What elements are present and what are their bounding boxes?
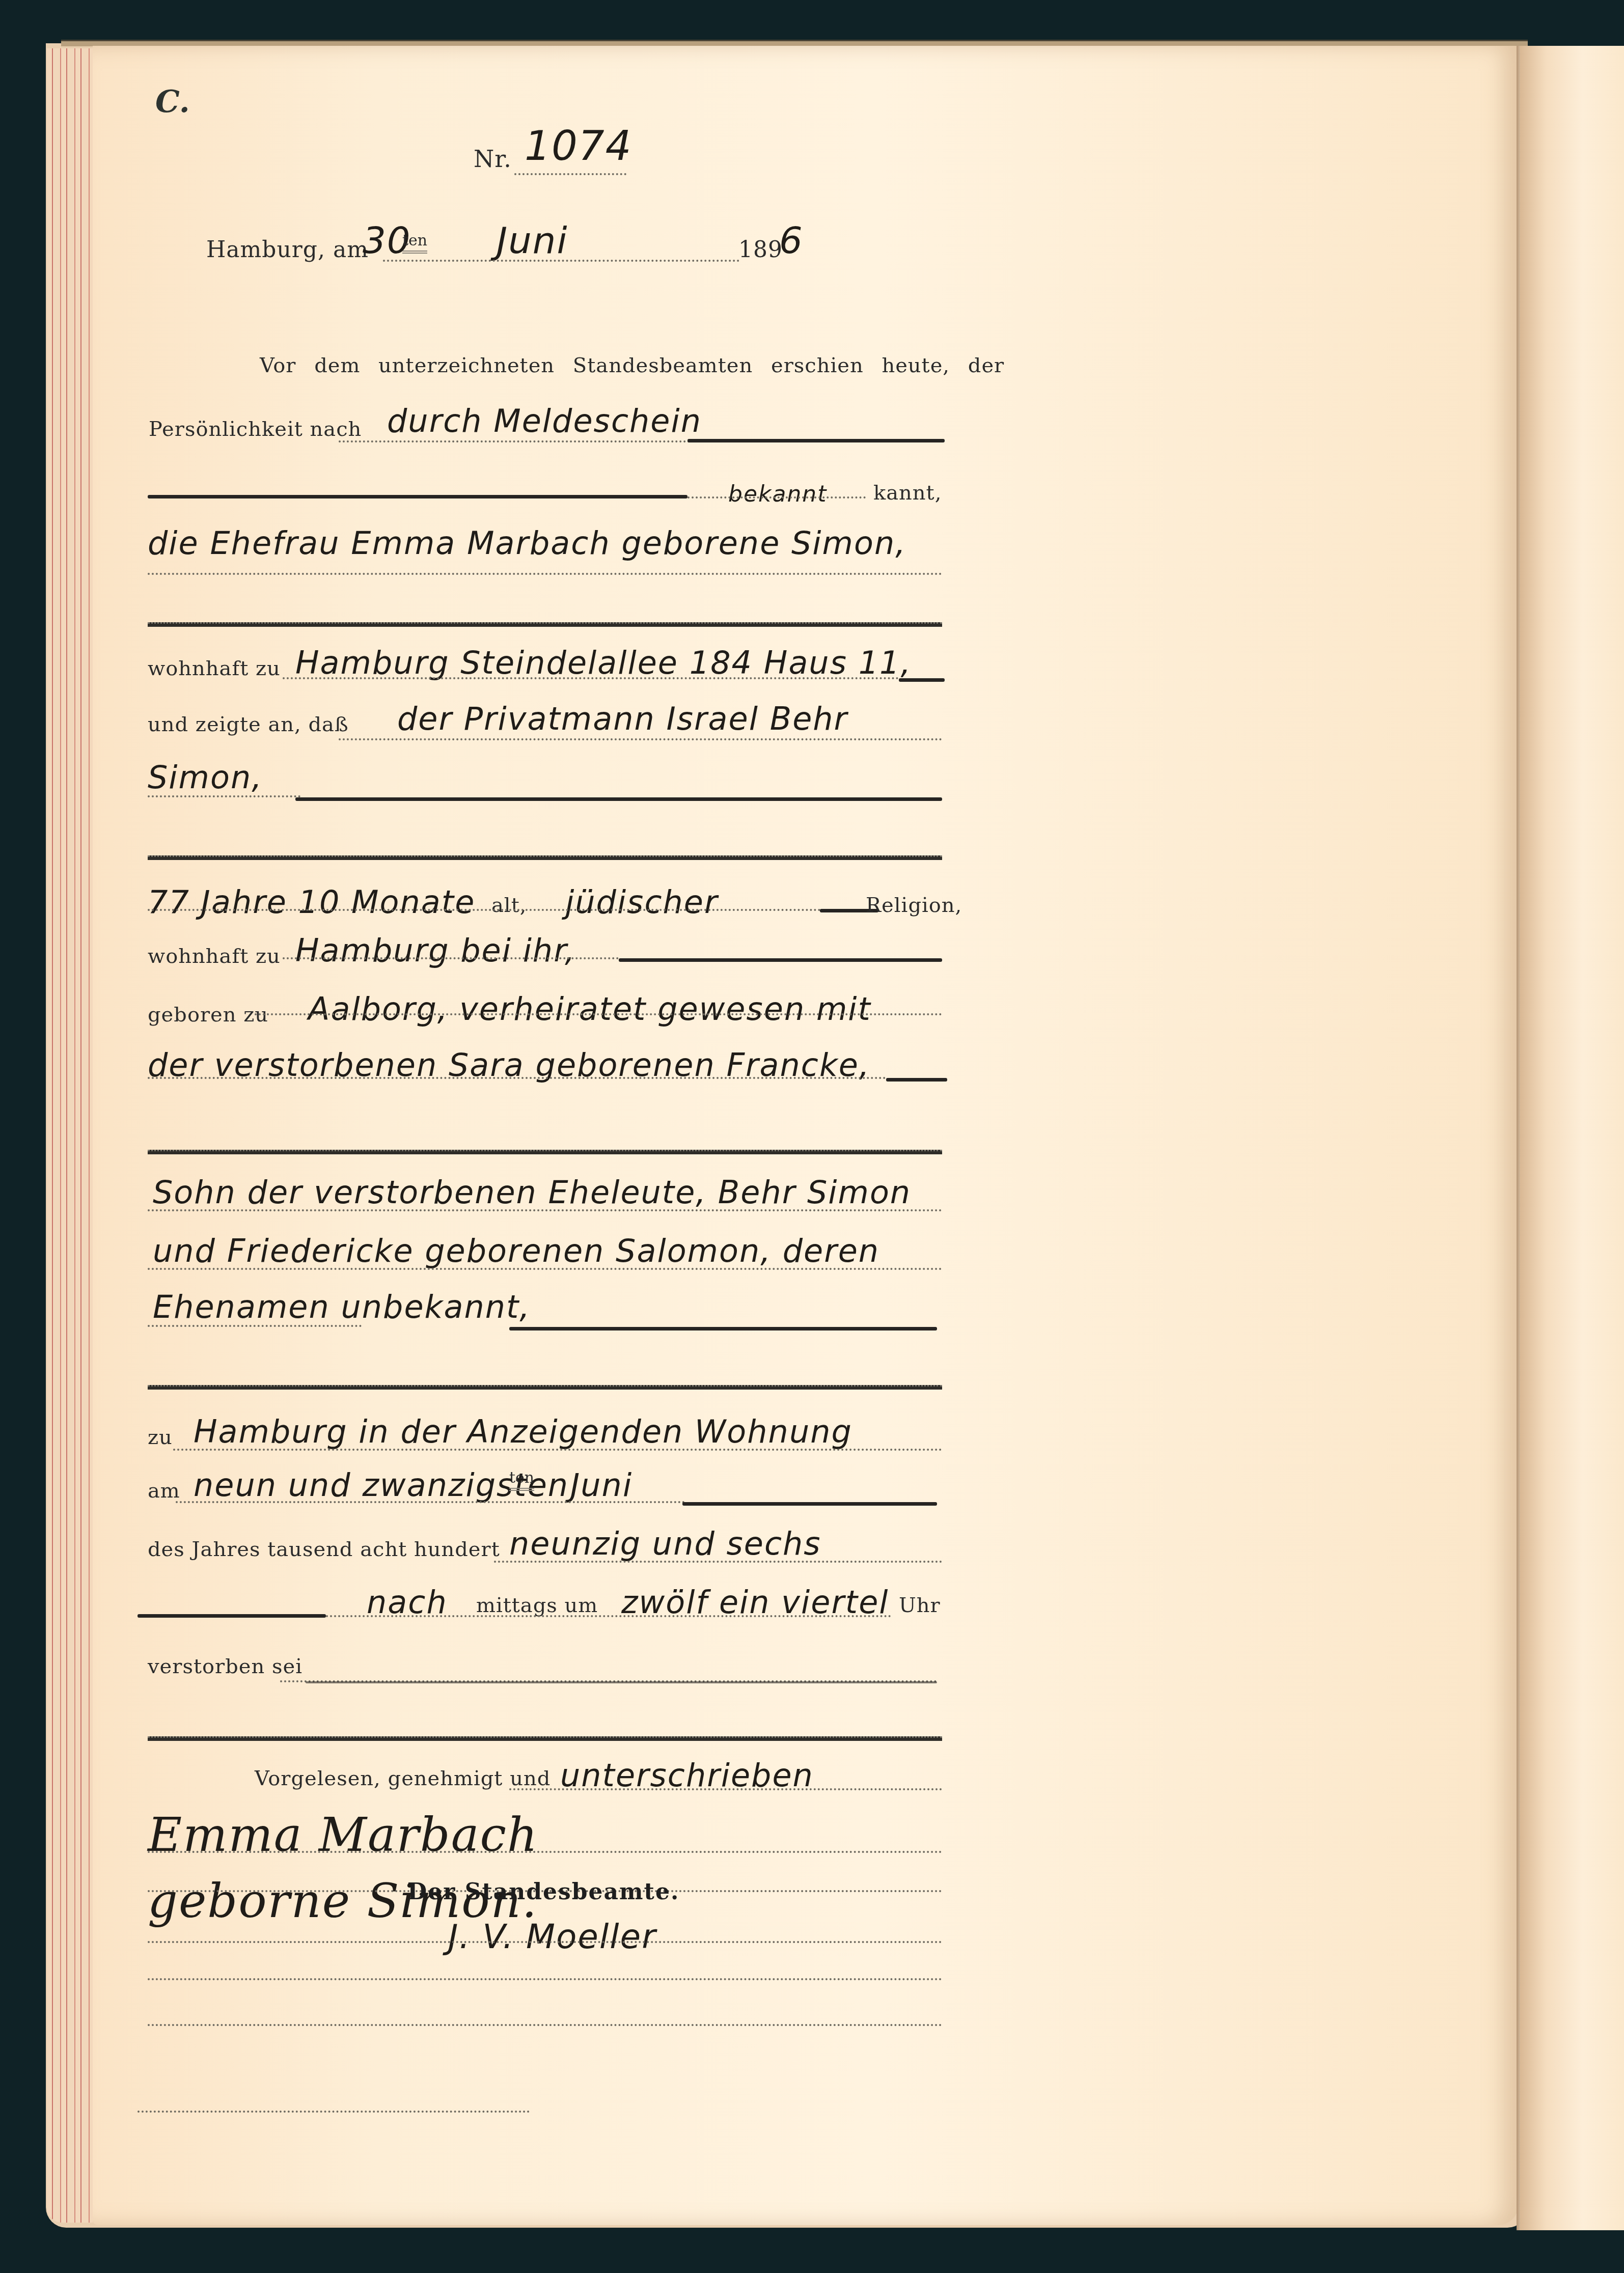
death-closing: verstorben sei bbox=[148, 1655, 302, 1678]
identity-label: Persönlichkeit nach bbox=[149, 418, 362, 441]
time-label: mittags um bbox=[476, 1594, 598, 1617]
deceased-residence-label: wohnhaft zu bbox=[148, 945, 281, 968]
identity-known: bekannt bbox=[728, 481, 827, 507]
fill-rule bbox=[306, 1681, 937, 1683]
dotted-line bbox=[255, 1013, 942, 1015]
fill-rule bbox=[295, 797, 942, 801]
record-number: 1074 bbox=[525, 122, 632, 170]
dotted-line bbox=[173, 1449, 942, 1451]
dotted-line bbox=[148, 1941, 942, 1943]
dotted-line bbox=[339, 440, 690, 442]
dotted-line bbox=[148, 1325, 362, 1327]
informant-signature-line-1: Emma Marbach bbox=[148, 1808, 538, 1862]
dotted-line bbox=[148, 1851, 942, 1853]
identity-suffix: kannt, bbox=[873, 481, 942, 505]
deceased-residence: Hamburg bei ihr, bbox=[295, 932, 576, 969]
dotted-line bbox=[148, 573, 942, 575]
deceased-age: 77 Jahre 10 Monate bbox=[148, 883, 475, 921]
section-divider bbox=[148, 855, 942, 860]
page-stack-edge bbox=[47, 48, 93, 2223]
religion-label: Religion, bbox=[866, 894, 962, 917]
dotted-line bbox=[148, 909, 825, 911]
section-letter: C. bbox=[155, 84, 190, 120]
residence-value: Hamburg Steindelallee 184 Haus 11, bbox=[295, 644, 912, 681]
dotted-line bbox=[148, 1077, 886, 1079]
death-place-label: zu bbox=[148, 1426, 173, 1449]
place-label: Hamburg, am bbox=[206, 237, 369, 263]
section-divider bbox=[148, 1385, 942, 1390]
age-suffix: alt, bbox=[491, 894, 527, 917]
dotted-line bbox=[148, 2024, 942, 2026]
fill-rule bbox=[619, 958, 942, 962]
dotted-line bbox=[494, 1561, 942, 1563]
death-date-suffix: ten bbox=[509, 1469, 534, 1491]
announcement-value: der Privatmann Israel Behr bbox=[397, 700, 848, 737]
religion-value: jüdischer bbox=[565, 883, 718, 921]
registrar-signature: J. V. Moeller bbox=[448, 1917, 656, 1956]
dotted-line bbox=[339, 738, 942, 740]
number-label: Nr. bbox=[474, 145, 512, 173]
day-suffix: ten bbox=[402, 232, 427, 254]
fill-rule bbox=[148, 495, 687, 498]
dotted-line bbox=[148, 1268, 942, 1270]
announcement-label: und zeigte an, daß bbox=[148, 713, 349, 736]
dotted-line bbox=[514, 173, 626, 175]
dotted-line bbox=[148, 1209, 942, 1211]
death-year-label: des Jahres tausend acht hundert bbox=[148, 1538, 500, 1561]
year-printed: 189 bbox=[738, 237, 783, 263]
section-divider bbox=[148, 622, 942, 627]
announcement-cont: Simon, bbox=[148, 759, 263, 796]
death-year: neunzig und sechs bbox=[509, 1525, 821, 1562]
death-date-label: am bbox=[148, 1479, 180, 1503]
informant-name: die Ehefrau Emma Marbach geborene Simon, bbox=[148, 524, 906, 562]
fill-rule bbox=[899, 678, 945, 682]
dotted-line bbox=[148, 795, 300, 797]
fill-rule bbox=[682, 1502, 937, 1506]
dotted-line bbox=[283, 677, 899, 679]
date-month: Juni bbox=[497, 219, 568, 262]
fill-rule bbox=[509, 1327, 937, 1330]
dotted-line bbox=[137, 2111, 530, 2113]
residence-label: wohnhaft zu bbox=[148, 657, 281, 680]
dotted-line bbox=[148, 1978, 942, 1980]
dotted-line bbox=[283, 957, 619, 959]
birthplace-label: geboren zu bbox=[148, 1003, 268, 1027]
section-divider bbox=[148, 1736, 942, 1741]
fill-rule bbox=[137, 1614, 326, 1618]
dotted-line bbox=[383, 260, 739, 262]
identity-value: durch Meldeschein bbox=[387, 402, 702, 439]
dotted-line bbox=[326, 1615, 891, 1617]
parents-line-3: Ehenamen unbekannt, bbox=[153, 1288, 531, 1325]
birthplace-value: Aalborg, verheiratet gewesen mit bbox=[308, 990, 871, 1028]
closing-label: Vorgelesen, genehmigt und bbox=[255, 1767, 550, 1790]
fill-rule bbox=[886, 1078, 947, 1082]
fill-rule bbox=[687, 439, 945, 442]
dotted-line bbox=[687, 496, 866, 498]
dotted-line bbox=[176, 1501, 685, 1503]
facing-page bbox=[1520, 46, 1624, 2230]
death-month: Juni bbox=[570, 1466, 632, 1504]
time-suffix: Uhr bbox=[899, 1594, 941, 1617]
section-divider bbox=[148, 1150, 942, 1154]
parents-line-1: Sohn der verstorbenen Eheleute, Behr Sim… bbox=[153, 1174, 911, 1211]
death-place: Hamburg in der Anzeigenden Wohnung bbox=[194, 1413, 852, 1450]
parents-line-2: und Friedericke geborenen Salomon, deren bbox=[153, 1232, 879, 1269]
dotted-line bbox=[509, 1788, 942, 1790]
year-written: 6 bbox=[779, 219, 804, 262]
intro-text: Vor dem unterzeichneten Standesbeamten e… bbox=[260, 354, 1004, 377]
registrar-title: Der Standesbeamte. bbox=[407, 1879, 679, 1905]
